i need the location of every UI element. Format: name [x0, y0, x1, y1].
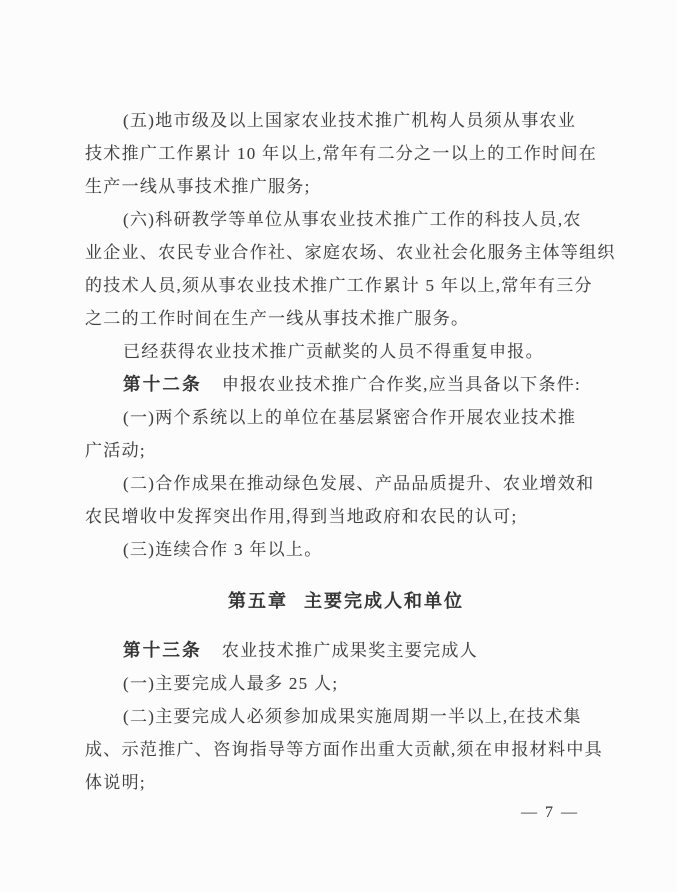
article-13-number: 第十三条: [123, 640, 202, 660]
clause-5-line-1: (五)地市级及以上国家农业技术推广机构人员须从事农业: [85, 104, 607, 137]
clause-5-line-3: 生产一线从事技术推广服务;: [85, 170, 607, 203]
clause-6-line-2: 业企业、农民专业合作社、家庭农场、农业社会化服务主体等组织: [85, 236, 607, 269]
chapter-5-heading: 第五章主要完成人和单位: [85, 585, 607, 618]
a13-item2-line-3: 体说明;: [85, 766, 607, 799]
article-13-text: 农业技术推广成果奖主要完成人: [222, 641, 478, 660]
page-number: — 7 —: [521, 803, 579, 823]
spacer-before-chapter: [85, 566, 607, 585]
clause-6-line-1: (六)科研教学等单位从事农业技术推广工作的科技人员,农: [85, 203, 607, 236]
clause-6-line-4: 之二的工作时间在生产一线从事技术推广服务。: [85, 302, 607, 335]
chapter-5-title: 主要完成人和单位: [304, 591, 464, 611]
a12-item1-line-1: (一)两个系统以上的单位在基层紧密合作开展农业技术推: [85, 401, 607, 434]
article-13-line: 第十三条农业技术推广成果奖主要完成人: [85, 634, 607, 667]
note-line: 已经获得农业技术推广贡献奖的人员不得重复申报。: [85, 335, 607, 368]
clause-6-line-3: 的技术人员,须从事农业技术推广工作累计 5 年以上,常年有三分: [85, 269, 607, 302]
article-12-line: 第十二条申报农业技术推广合作奖,应当具备以下条件:: [85, 368, 607, 401]
a13-item2-line-2: 成、示范推广、咨询指导等方面作出重大贡献,须在申报材料中具: [85, 733, 607, 766]
chapter-5-number: 第五章: [228, 591, 288, 611]
a12-item1-line-2: 广活动;: [85, 434, 607, 467]
a12-item2-line-2: 农民增收中发挥突出作用,得到当地政府和农民的认可;: [85, 500, 607, 533]
clause-5-line-2: 技术推广工作累计 10 年以上,常年有二分之一以上的工作时间在: [85, 137, 607, 170]
article-12-number: 第十二条: [123, 374, 202, 394]
a13-item2-line-1: (二)主要完成人必须参加成果实施周期一半以上,在技术集: [85, 700, 607, 733]
a12-item2-line-1: (二)合作成果在推动绿色发展、产品品质提升、农业增效和: [85, 467, 607, 500]
spacer-after-chapter: [85, 618, 607, 634]
a13-item1-line: (一)主要完成人最多 25 人;: [85, 667, 607, 700]
a12-item3-line: (三)连续合作 3 年以上。: [85, 533, 607, 566]
article-12-text: 申报农业技术推广合作奖,应当具备以下条件:: [222, 375, 581, 394]
document-body: (五)地市级及以上国家农业技术推广机构人员须从事农业 技术推广工作累计 10 年…: [85, 104, 607, 799]
